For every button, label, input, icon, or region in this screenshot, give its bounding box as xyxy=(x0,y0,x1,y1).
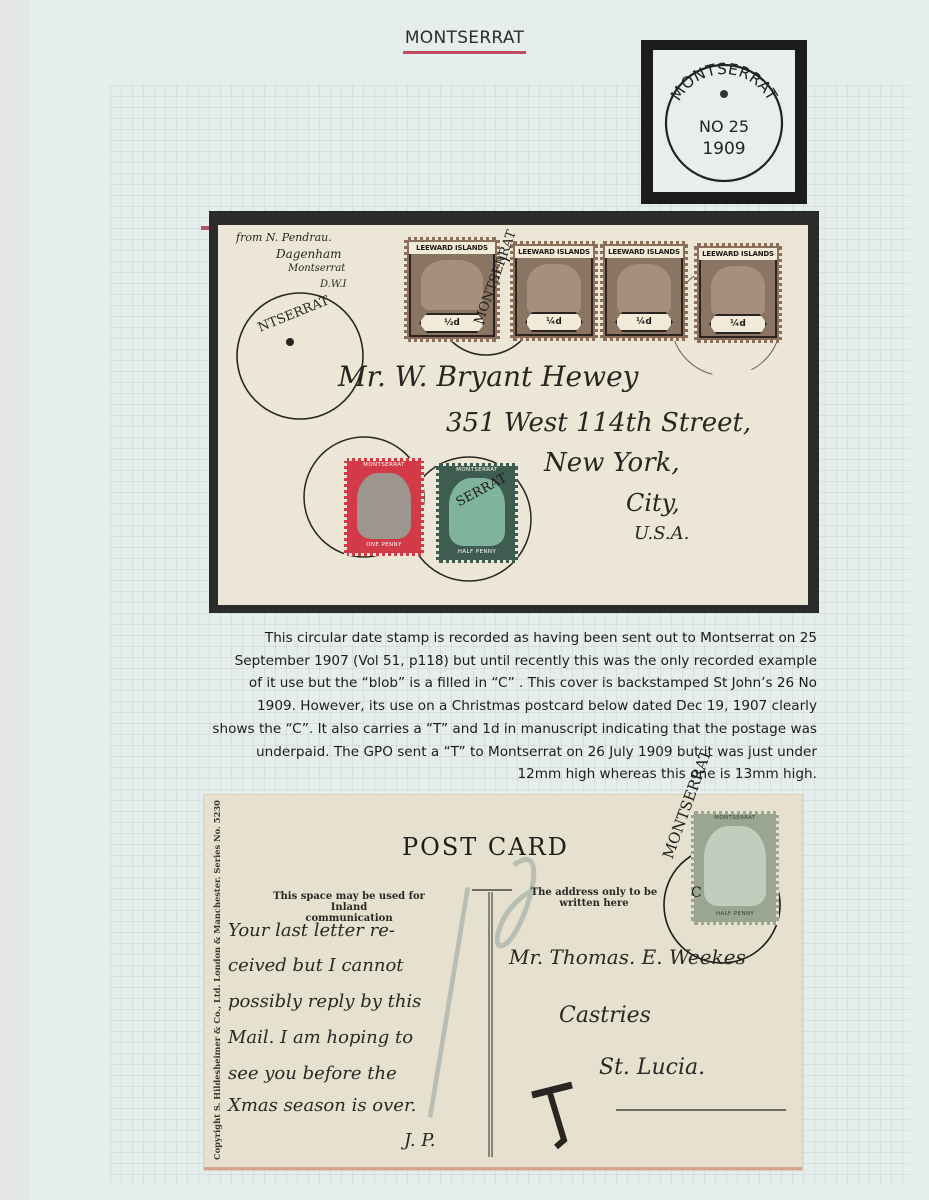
svg-text:NO 25: NO 25 xyxy=(699,117,749,136)
message-line: Xmas season is over. xyxy=(228,1095,416,1116)
stamp-montserrat-one-penny: MONTSERRAT ONE PENNY xyxy=(344,458,424,556)
message-line: possibly reply by this xyxy=(228,991,421,1012)
address-note: The address only to be written here xyxy=(529,887,659,909)
page-title: MONTSERRAT xyxy=(403,28,526,54)
message-line: Your last letter re- xyxy=(228,920,395,941)
envelope-cover: from N. Pendrau. Dagenham Montserrat D.W… xyxy=(218,225,808,605)
postcard-stamp-half-penny: MONTSERRAT HALF PENNY xyxy=(691,811,779,925)
description-line: 12mm high whereas this one is 13mm high. xyxy=(180,763,817,786)
stamp-leeward-4: LEEWARD ISLANDS ¼d xyxy=(694,243,782,343)
message-signature: J. P. xyxy=(404,1130,435,1151)
message-line: Mail. I am hoping to xyxy=(228,1027,413,1048)
postcard-cancel-code: C xyxy=(691,885,702,901)
sender-name: from N. Pendrau. xyxy=(236,231,332,244)
postcard: POST CARD This space may be used for Inl… xyxy=(204,795,802,1170)
description-line: of it use but the “blob” is a filled in … xyxy=(180,672,817,695)
message-line: ceived but I cannot xyxy=(228,955,404,976)
message-line: see you before the xyxy=(228,1063,397,1084)
postmark-panel: MONTSERRAT NO 25 1909 xyxy=(653,50,795,192)
address-line-1: Mr. W. Bryant Hewey xyxy=(338,360,638,393)
address-line-5: U.S.A. xyxy=(634,523,689,544)
address-line-3: New York, xyxy=(544,448,680,478)
pc-address-line-1: Mr. Thomas. E. Weekes xyxy=(509,945,746,969)
address-line-4: City, xyxy=(626,489,680,517)
svg-text:1909: 1909 xyxy=(702,139,745,159)
sender-region: D.W.I xyxy=(320,279,347,290)
sender-town: Dagenham xyxy=(276,247,342,261)
description-line: This circular date stamp is recorded as … xyxy=(180,627,817,650)
address-line-2: 351 West 114th Street, xyxy=(446,408,751,438)
description-line: 1909. However, its use on a Christmas po… xyxy=(180,695,817,718)
copyright-text: Copyright S. Hildesheimer & Co., Ltd. Lo… xyxy=(212,800,222,1160)
postcard-title: POST CARD xyxy=(402,833,569,861)
stamp-leeward-3: LEEWARD ISLANDS ¼d xyxy=(600,241,688,341)
postmark-illustration: MONTSERRAT NO 25 1909 xyxy=(641,40,807,204)
description-line: September 1907 (Vol 51, p118) but until … xyxy=(180,650,817,673)
pc-address-line-3: St. Lucia. xyxy=(599,1055,705,1080)
description-line: underpaid. The GPO sent a “T” to Montser… xyxy=(180,741,817,764)
postmark-circle-icon: MONTSERRAT NO 25 1909 xyxy=(653,50,795,192)
description-text: This circular date stamp is recorded as … xyxy=(180,627,817,786)
page-margin xyxy=(0,0,30,1200)
sender-island: Montserrat xyxy=(288,263,345,274)
stamp-leeward-2: LEEWARD ISLANDS ¼d xyxy=(510,241,598,341)
description-line: shows the “C”. It also carries a “T” and… xyxy=(180,718,817,741)
pc-address-line-2: Castries xyxy=(559,1003,651,1028)
